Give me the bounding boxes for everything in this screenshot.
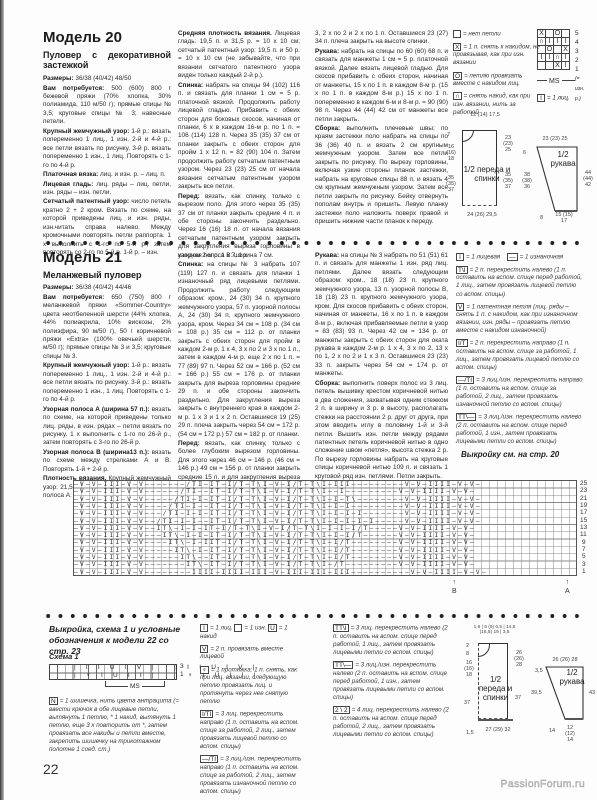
bobble-legend: N= 1 шишечка, нить цвета антрацита (= вв…: [49, 697, 184, 754]
model22-legend-col2: TT\I= 3 лиц. перекрестить налево (2 п. о…: [333, 624, 450, 743]
model21-panel-b-width: узорная полоса В: ширина 7 см.: [178, 252, 300, 260]
model20-assembly: Сборка: выполнить плечевые швы; по краям…: [315, 125, 448, 226]
watermark: PassionForum.ru: [501, 778, 585, 792]
legend-knit-with-yo: O= петлю провязать вместе с накидом лиц.: [453, 72, 541, 89]
model20-back: Спинка: набрать на спицы 94 (102) 116 п.…: [178, 82, 300, 192]
model20-column-3: 3, 2 х по 2 и 2 х по 1 п. Оставшиеся 23 …: [315, 30, 448, 227]
legend-knit-purl-yo: I= 1 лиц. = 1 изн. U= 1 накид: [200, 624, 302, 641]
legend-4st-cross-left: 2 \ 2= 4 лиц. перекрестить налево (2 п. …: [333, 706, 450, 739]
legend-3st-purl-cross-left: TT\—= 3 лиц./изн. перекрестить налево (2…: [333, 661, 450, 702]
model20-legend: = нет петли X= 1 п. снять к накидом, не …: [453, 30, 541, 121]
scheme-1-grid: | I I U I V | | I I U I V | | ♆ I U I I …: [49, 664, 177, 680]
model20-pearl-pattern: Крупный жемчужный узор: 1-й р.: вязать п…: [43, 128, 171, 170]
model21-sizes: Размеры: 36/38 (40/42) 44/46: [43, 284, 171, 292]
model21-column-3: Рукава: на спицы № 3 набрать по 51 (51) …: [315, 252, 448, 482]
scheme-1-title: Схема 1: [49, 652, 79, 662]
model20-materials: Вам потребуется: 500 (600) 800 г бежевой…: [43, 85, 171, 127]
model21-panel-a: Узорная полоса А (ширина 57 п.): вязать …: [43, 406, 171, 448]
section-divider-dots: [42, 613, 582, 619]
legend-3st-purl-cross-right: —/TI= 3 лиц./изн. перекрестить направо (…: [200, 755, 302, 796]
legend-slip-yo: X= 1 п. снять к накидом, не провязывая, …: [453, 43, 541, 68]
model20-sizes: Размеры: 36/38 (40/42) 48/50: [43, 75, 171, 83]
legend-3st-cross-left: TT\I= 3 лиц. перекрестить налево (2 п. о…: [333, 624, 450, 657]
model20-subtitle: Пуловер с декоративной застежкой: [43, 50, 171, 72]
model21-column-1: Модель 21 Меланжевый пуловер Размеры: 36…: [43, 250, 171, 502]
legend-cross-right-2: I/T= 2 п. перекрестить направо (1 п. ост…: [456, 339, 584, 372]
model20-title: Модель 20: [43, 30, 171, 47]
model21-subtitle: Меланжевый пуловер: [43, 270, 171, 281]
ms-row-numbers: 54321 (= изн. р.): [575, 29, 584, 104]
legend-knit-purl: I= 1 лицевая —= 1 изнаночная: [456, 253, 584, 262]
legend-cross-left-2: T\I= 2 п. перекрестить налево (1 п. оста…: [456, 266, 584, 299]
ms-label: MS: [547, 77, 562, 86]
model21-materials: Вам потребуется: 650 (750) 800 г меланже…: [43, 294, 171, 362]
hem-band: [478, 719, 513, 721]
model20-column-2: Средняя плотность вязания. Лицевая гладь…: [178, 30, 300, 261]
model21-back: Спинка: на спицы № 3 набрать 107 (119) 1…: [178, 261, 300, 439]
model21-sleeves: Рукава: на спицы № 3 набрать по 51 (51) …: [315, 252, 448, 379]
page-number: 22: [43, 760, 59, 778]
page-spine-shadow: [0, 0, 4, 800]
model21-legend: I= 1 лицевая —= 1 изнаночная T\I= 2 п. п…: [456, 253, 584, 450]
model21-panel-b: Узорная полоса В (ширина13 п.): вязать п…: [43, 449, 171, 474]
chart-row: —V—V—III—V—V————————IIII—IIII—III—V—III—…: [74, 569, 488, 576]
legend-patent-stitch: V= 1 патентная петля (лиц. ряды – снять …: [456, 303, 584, 336]
legend-knit: I= 1 лиц.: [537, 94, 570, 103]
model20-sleeves: Рукава: набрать на спицы по 60 (60) 68 п…: [315, 48, 448, 124]
model21-knitting-chart: —V—V—III—V—V———————/TI—IT—I/T—T\I—V—I/T—…: [73, 480, 577, 576]
legend-no-stitch: = нет петли: [453, 30, 541, 39]
scheme-ms-label: MS: [128, 683, 142, 692]
model20-stockinette: Лицевая гладь: лиц. ряды – лиц. петли, и…: [43, 181, 171, 198]
section-divider-dots: [42, 240, 582, 246]
model20-column-1: Модель 20 Пуловер с декоративной застежк…: [43, 30, 171, 259]
scheme-row-numbers: 31: [180, 663, 184, 679]
model22-legend-col1: I= 1 лиц. = 1 изн. U= 1 накид V= 2 п. пр…: [200, 624, 302, 800]
legend-3st-cross-right: I/TI= 3 лиц. перекрестить направо (1 п. …: [200, 710, 302, 751]
model21-assembly: Сборка: выполнить поверх полос из 3 лиц.…: [315, 380, 448, 481]
pattern-reference: Выкройку см. на стр. 20: [461, 450, 559, 461]
magazine-page: Модель 20 Пуловер с декоративной застежк…: [0, 0, 597, 800]
legend-skp: ♆= 1 протяжка: 1 п. снять, как при лиц. …: [200, 666, 302, 707]
model20-front-cont: 3, 2 х по 2 и 2 х по 1 п. Оставшиеся 23 …: [315, 30, 448, 47]
model21-column-2: узорная полоса В: ширина 7 см. Спинка: н…: [178, 252, 300, 509]
model21-title: Модель 21: [43, 250, 171, 267]
model21-pearl-pattern: Крупный жемчужный узор: 1-й р.: вязать п…: [43, 362, 171, 404]
ms-chart-grid: X O ∩III O X II∩I XI: [537, 29, 570, 70]
legend-cross-right-3: —/TI= 3 лиц./изн. перекрестить направо (…: [456, 376, 584, 409]
model20-garter: Платочная вязка: лиц. и изн. р. – лиц. п…: [43, 171, 171, 179]
model20-gauge: Средняя плотность вязания. Лицевая гладь…: [178, 30, 300, 81]
legend-k2tog: V= 2 п. провязать вместе лицевой: [200, 645, 302, 662]
arrow-b-marker: ↑B: [452, 578, 457, 596]
model20-ms-chart: X O ∩III O X II∩I XI 54321 (= изн. р.) M…: [537, 29, 570, 70]
legend-cross-left-3: TT\—= 3 лиц./изн. перекрестить налево (2…: [456, 413, 584, 446]
model20-front: Перед: вязать, как спинку, только с выре…: [178, 193, 300, 261]
arrow-a-marker: ↑A: [565, 578, 570, 596]
